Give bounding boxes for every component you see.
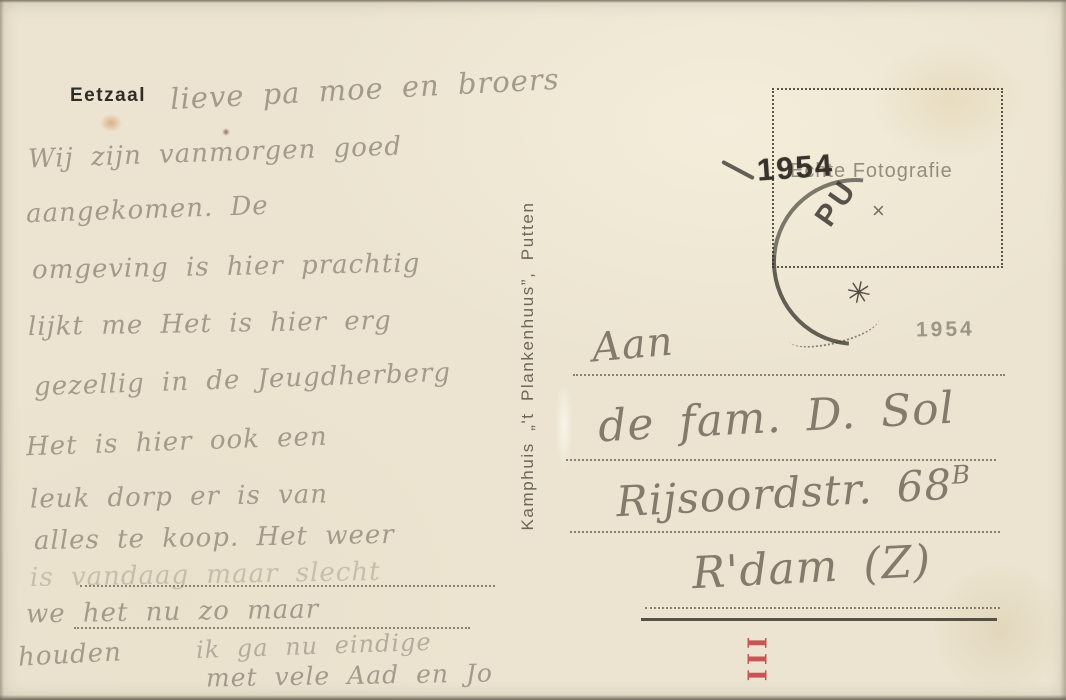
scan-edge-bottom (0, 695, 1066, 700)
paper-stain (930, 560, 1066, 700)
address-ruled-line (645, 607, 1000, 609)
scan-edge-left (0, 0, 4, 700)
postcard-back: Eetzaal lieve pa moe en broers Wij zijn … (0, 0, 1066, 700)
address-ruled-line (570, 531, 1000, 533)
postmark-year-faint: 1954 (916, 317, 975, 342)
paper-speck (222, 128, 230, 136)
street-suffix: B (951, 460, 972, 490)
paper-stain (100, 114, 122, 132)
scan-edge-right (1060, 0, 1066, 700)
message-line: ik ga nu eindige (196, 628, 432, 664)
postmark-year: 1954 (756, 147, 835, 188)
message-line: lijkt me Het is hier erg (28, 306, 392, 342)
message-line: lieve pa moe en broers (169, 62, 560, 116)
message-ruled-line (80, 585, 495, 587)
address-city: R'dam (Z) (691, 536, 933, 599)
message-line: omgeving is hier prachtig (32, 249, 421, 286)
message-line: is vandaag maar slecht (30, 557, 381, 593)
pen-slash-mark (721, 160, 755, 180)
address-street: Rijsoordstr. 68B (615, 459, 973, 527)
message-ruled-line (74, 627, 470, 629)
message-line: met vele Aad en Jo (206, 658, 493, 692)
paper-crease (555, 380, 573, 470)
message-line: we het nu zo maar (26, 594, 320, 629)
address-ruled-line (573, 374, 1005, 376)
message-line: Wij zijn vanmorgen goed (28, 131, 403, 174)
scan-edge-top (0, 0, 1066, 3)
caption-eetzaal: Eetzaal (70, 85, 146, 107)
message-line: leuk dorp er is van (30, 479, 329, 514)
message-line: alles te koop. Het weer (34, 520, 395, 556)
message-line: aangekomen. De (26, 191, 270, 229)
street-text: Rijsoordstr. 68 (615, 460, 953, 527)
message-line: Het is hier ook een (26, 422, 329, 463)
message-line: houden (17, 637, 122, 672)
publisher-imprint: Kamphuis „'t Plankenhuus”, Putten (518, 156, 538, 576)
postmark-cross-icon: × (872, 198, 885, 224)
address-to: Aan (590, 319, 675, 372)
red-control-mark: III (740, 637, 770, 686)
address-name: de fam. D. Sol (597, 383, 956, 453)
address-underline (641, 618, 997, 621)
message-line: gezellig in de Jeugdherberg (34, 358, 452, 403)
